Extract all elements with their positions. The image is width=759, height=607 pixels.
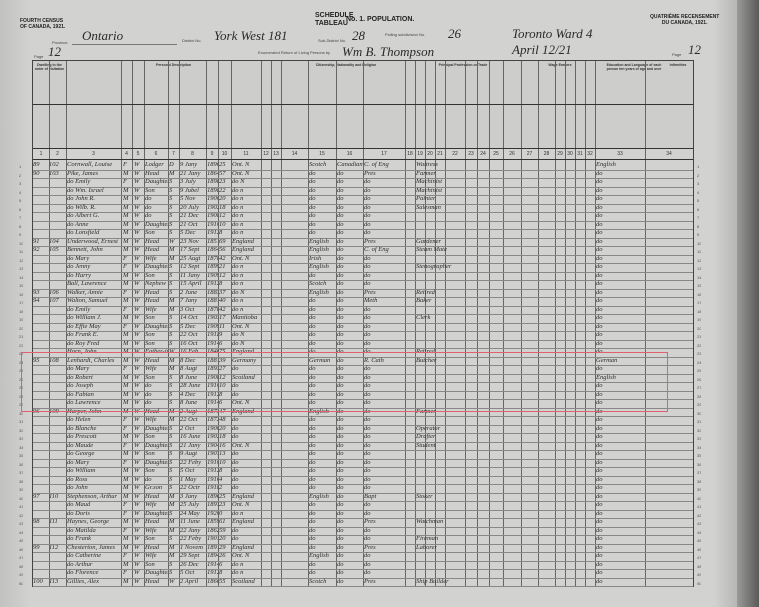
cell-nat: do (309, 442, 336, 451)
column-number: 18 (405, 151, 415, 157)
cell-relig: do (364, 476, 404, 485)
cell-rel: Head (145, 493, 168, 502)
cell-col: W (134, 263, 143, 272)
cell-lang: do (596, 561, 644, 570)
cell-bp: do (232, 416, 261, 425)
cell-sex: F (123, 501, 132, 510)
cell-bp: do N (232, 289, 261, 298)
cell-relig: do (364, 195, 404, 204)
cell-sex: F (123, 306, 132, 315)
cell-col: W (134, 425, 143, 434)
cell-birth: 16 June (180, 433, 206, 442)
cell-age: 20 (219, 195, 231, 204)
cell-sex: M (123, 340, 132, 349)
cell-rel: Son (145, 187, 168, 196)
cell-fam: 110 (49, 493, 66, 502)
cell-nat: Scotch (309, 280, 336, 289)
cell-nat: do (309, 221, 336, 230)
cell-yr: 1900 (207, 195, 218, 204)
cell-yr: 1909 (207, 272, 218, 281)
cell-age: 11 (219, 323, 231, 332)
table-row: 290103Pike, JamesMWHeadM21 Jany186457Ont… (33, 170, 693, 179)
cell-name: do Emily (67, 306, 121, 315)
cell-rel: Daughter (145, 569, 168, 578)
cell-rel: Wife (145, 552, 168, 561)
column-number: 20 (425, 151, 435, 157)
table-row: 31do HelenFWWifeM22 Oct187248dododododo3… (33, 416, 693, 425)
cell-lang: do (596, 246, 644, 255)
cell-relig: do (364, 340, 404, 349)
cell-natl: do (337, 306, 363, 315)
cell-lang: do (596, 187, 644, 196)
cell-col: W (134, 306, 143, 315)
column-number: 28 (538, 151, 555, 157)
cell-relig: do (364, 229, 404, 238)
cell-natl: do (337, 263, 363, 272)
cell-bp: Ont. N (232, 552, 261, 561)
header-divider (33, 104, 693, 105)
cell-rel: Gr.son (145, 484, 168, 493)
cell-natl: do (337, 170, 363, 179)
cell-age: 18 (219, 433, 231, 442)
cell-ms: M (169, 544, 179, 553)
cell-trade: Painter (416, 195, 466, 204)
column-number: 24 (477, 151, 489, 157)
table-row: 8do AnneMWDaughterS21 Oct191010do ndodod… (33, 221, 693, 230)
column-number: 34 (645, 151, 693, 157)
cell-yr: 1872 (207, 416, 218, 425)
cell-natl: do (337, 493, 363, 502)
cell-dw: 90 (33, 170, 49, 179)
cell-nat: do (309, 561, 336, 570)
polling-value: 26 (448, 26, 461, 42)
cell-nat: do (309, 297, 336, 306)
title-line: OF CANADA, 1921. (20, 24, 65, 30)
cell-rel: Daughter (145, 178, 168, 187)
cell-relig: do (364, 561, 404, 570)
cell-natl: do (337, 501, 363, 510)
cell-name: do Florence (67, 569, 121, 578)
cell-natl: do (337, 229, 363, 238)
province-underline (72, 44, 177, 45)
cell-bp: do n (232, 306, 261, 315)
cell-relig: do (364, 442, 404, 451)
cell-col: W (134, 459, 143, 468)
cell-sex: M (123, 187, 132, 196)
table-row: 33do PrescottMWSonS16 June190218dodododo… (33, 433, 693, 442)
cell-name: do Emily (67, 178, 121, 187)
cell-yr: 1864 (207, 170, 218, 179)
cell-age: 8 (219, 569, 231, 578)
cell-bp: do n (232, 569, 261, 578)
cell-nat: do (309, 569, 336, 578)
cell-ms: S (169, 425, 179, 434)
cell-col: W (134, 178, 143, 187)
cell-birth: 22 Octr (180, 484, 206, 493)
cell-ms: M (169, 501, 179, 510)
cell-name: do Lonsfield (67, 229, 121, 238)
cell-birth: 29 Sept (180, 552, 206, 561)
cell-name: Cornwall, Louise (67, 161, 121, 170)
page-label-right: Page (672, 52, 681, 57)
cell-birth: 25 July (180, 501, 206, 510)
cell-birth: 22 Jany (180, 527, 206, 536)
cell-sex: M (123, 229, 132, 238)
line-number-right: 50 (697, 578, 701, 589)
cell-natl: do (337, 561, 363, 570)
column-number: 2 (49, 151, 66, 157)
cell-name: do Harry (67, 272, 121, 281)
cell-trade: Fireman (416, 535, 466, 544)
cell-lang: do (596, 331, 644, 340)
cell-birth: 20 July (180, 204, 206, 213)
cell-ms: S (169, 535, 179, 544)
cell-age: 10 (219, 459, 231, 468)
column-number: 7 (168, 151, 179, 157)
cell-ms: S (169, 569, 179, 578)
cell-nat: English (309, 246, 336, 255)
cell-name: do Matilda (67, 527, 121, 536)
cell-lang: English (596, 161, 644, 170)
cell-lang: do (596, 416, 644, 425)
cell-ms: M (169, 518, 179, 527)
cell-name: do Roy Fred (67, 340, 121, 349)
cell-rel: Son (145, 467, 168, 476)
table-row: 12do MaryFWWifeM25 Augt187842Ont. NIrish… (33, 255, 693, 264)
column-number: 6 (144, 151, 168, 157)
cell-ms: S (169, 459, 179, 468)
cell-age: 42 (219, 255, 231, 264)
cell-sex: M (123, 535, 132, 544)
cell-fam: 106 (49, 289, 66, 298)
column-number: 3 (66, 151, 121, 157)
cell-name: do Frank E. (67, 331, 121, 340)
cell-natl: do (337, 510, 363, 519)
cell-birth: 23 Nov (180, 238, 206, 247)
cell-name: do George (67, 450, 121, 459)
highlighted-household-box (21, 352, 668, 412)
cell-sex: F (123, 459, 132, 468)
cell-relig: do (364, 212, 404, 221)
cell-birth: 5 Oct (180, 569, 206, 578)
cell-yr: 1864 (207, 246, 218, 255)
cell-bp: do n (232, 229, 261, 238)
cell-yr: 1859 (207, 518, 218, 527)
cell-col: W (134, 340, 143, 349)
table-row: 35do GeorgeMWSonS9 Augt190713dododododo3… (33, 450, 693, 459)
cell-relig: C. of Eng (364, 246, 404, 255)
table-row: 5do John R.MWdoS5 Nov190020do ndododoPai… (33, 195, 693, 204)
column-number: 31 (575, 151, 585, 157)
cell-age: 22 (219, 187, 231, 196)
cell-age: 56 (219, 246, 231, 255)
cell-sex: M (123, 476, 132, 485)
cell-bp: do N (232, 331, 261, 340)
cell-rel: Daughter (145, 510, 168, 519)
cell-trade: Student (416, 442, 466, 451)
cell-ms: S (169, 195, 179, 204)
cell-rel: do (145, 476, 168, 485)
cell-name: do Wm. Israel (67, 187, 121, 196)
cell-col: W (134, 493, 143, 502)
cell-birth: 2 Oct (180, 425, 206, 434)
cell-birth: 24 May (180, 510, 206, 519)
cell-dw: 92 (33, 246, 49, 255)
cell-name: do Helen (67, 416, 121, 425)
cell-col: W (134, 450, 143, 459)
cell-fam: 113 (49, 578, 66, 587)
cell-bp: do n (232, 204, 261, 213)
cell-lang: do (596, 272, 644, 281)
cell-lang: do (596, 510, 644, 519)
cell-lang: do (596, 552, 644, 561)
cell-natl: do (337, 578, 363, 587)
cell-natl: do (337, 246, 363, 255)
cell-relig: do (364, 501, 404, 510)
cell-lang: do (596, 467, 644, 476)
cell-name: Gillies, Alex (67, 578, 121, 587)
cell-trade: Retired (416, 289, 466, 298)
cell-relig: Pres (364, 170, 404, 179)
subdistrict-label: Sub-District No. (318, 38, 346, 43)
cell-ms: S (169, 272, 179, 281)
cell-nat: do (309, 425, 336, 434)
cell-yr: 1901 (207, 535, 218, 544)
cell-sex: F (123, 255, 132, 264)
cell-ms: S (169, 331, 179, 340)
cell-rel: Son (145, 272, 168, 281)
cell-relig: do (364, 314, 404, 323)
cell-bp: do n (232, 187, 261, 196)
cell-relig: do (364, 484, 404, 493)
table-row: 20do Effie MayFWDaughterS5 Dec190911Ont.… (33, 323, 693, 332)
cell-yr: 1916 (207, 476, 218, 485)
cell-trade: Laborer (416, 544, 466, 553)
cell-nat: do (309, 535, 336, 544)
cell-ms: W (169, 238, 179, 247)
group-header-education: Education and Language of each person te… (605, 63, 663, 71)
cell-nat: do (309, 459, 336, 468)
cell-bp: do (232, 459, 261, 468)
cell-rel: Head (145, 289, 168, 298)
cell-col: W (134, 476, 143, 485)
cell-sex: M (123, 467, 132, 476)
cell-sex: M (123, 331, 132, 340)
cell-name: do Effie May (67, 323, 121, 332)
table-row: 7do Albert G.MWdoS21 Dec190812do ndododo… (33, 212, 693, 221)
cell-ms: S (169, 561, 179, 570)
cell-lang: do (596, 518, 644, 527)
cell-ms: S (169, 187, 179, 196)
cell-ms: S (169, 510, 179, 519)
cell-natl: do (337, 331, 363, 340)
cell-relig: do (364, 280, 404, 289)
cell-bp: Ont. N (232, 323, 261, 332)
cell-natl: do (337, 527, 363, 536)
cell-sex: F (123, 569, 132, 578)
cell-yr: 1911 (207, 331, 218, 340)
cell-col: W (134, 255, 143, 264)
cell-natl: do (337, 323, 363, 332)
cell-yr: 1878 (207, 255, 218, 264)
cell-bp: England (232, 493, 261, 502)
cell-ms: S (169, 467, 179, 476)
cell-sex: F (123, 178, 132, 187)
cell-nat: do (309, 306, 336, 315)
cell-birth: 1 Novem (180, 544, 206, 553)
cell-bp: do (232, 484, 261, 493)
cell-ms: M (169, 246, 179, 255)
cell-sex: M (123, 246, 132, 255)
cell-trade: Operator (416, 425, 466, 434)
header-divider (33, 148, 693, 149)
cell-ms: S (169, 484, 179, 493)
cell-sex: M (123, 493, 132, 502)
cell-birth: 9 Augt (180, 450, 206, 459)
table-row: 45do FrankMWSonS22 Feby190120dodododoFir… (33, 535, 693, 544)
cell-relig: Pres (364, 238, 404, 247)
cell-rel: Son (145, 331, 168, 340)
cell-rel: Daughter (145, 221, 168, 230)
column-number: 12 (261, 151, 271, 157)
cell-age: 23 (219, 501, 231, 510)
cell-sex: F (123, 527, 132, 536)
column-number: 26 (503, 151, 521, 157)
cell-relig: do (364, 459, 404, 468)
cell-sex: F (123, 552, 132, 561)
cell-natl: do (337, 476, 363, 485)
cell-name: do Mary (67, 459, 121, 468)
cell-rel: do (145, 195, 168, 204)
cell-sex: M (123, 280, 132, 289)
cell-yr: 1896 (207, 493, 218, 502)
table-row: 4398111Haynes, GeorgeMWHeadM11 June18596… (33, 518, 693, 527)
cell-rel: Wife (145, 306, 168, 315)
cell-age: 20 (219, 425, 231, 434)
cell-yr: 1912 (207, 467, 218, 476)
cell-name: do John R. (67, 195, 121, 204)
cell-natl: do (337, 552, 363, 561)
cell-age: 21 (219, 263, 231, 272)
cell-natl: do (337, 195, 363, 204)
cell-col: W (134, 212, 143, 221)
cell-natl: do (337, 297, 363, 306)
cell-col: W (134, 433, 143, 442)
table-row: 9do LonsfieldMWSonS5 Dec19128do ndododod… (33, 229, 693, 238)
cell-name: do Arthur (67, 561, 121, 570)
cell-col: W (134, 484, 143, 493)
cell-yr: 1912 (207, 229, 218, 238)
cell-bp: do (232, 425, 261, 434)
cell-age: 0 (219, 510, 231, 519)
cell-name: Haynes, George (67, 518, 121, 527)
cell-age: 57 (219, 170, 231, 179)
cell-lang: do (596, 314, 644, 323)
cell-birth: 2 June (180, 289, 206, 298)
cell-birth: 5 Dec (180, 229, 206, 238)
cell-col: W (134, 297, 143, 306)
cell-sex: F (123, 161, 132, 170)
cell-bp: do (232, 450, 261, 459)
cell-nat: do (309, 178, 336, 187)
table-row: 42do DorisFWDaughterS24 May19200do ndodo… (33, 510, 693, 519)
cell-yr: 1912 (207, 569, 218, 578)
cell-natl: do (337, 569, 363, 578)
cell-birth: 22 Feby (180, 535, 206, 544)
cell-age: 10 (219, 221, 231, 230)
cell-natl: do (337, 433, 363, 442)
cell-lang: do (596, 340, 644, 349)
cell-lang: do (596, 493, 644, 502)
table-row: 48do ArthurMWSonS26 Dec19146do ndodododo… (33, 561, 693, 570)
cell-age: 8 (219, 467, 231, 476)
cell-lang: do (596, 535, 644, 544)
cell-trade: Watchman (416, 518, 466, 527)
cell-rel: Daughter (145, 263, 168, 272)
cell-ms: S (169, 340, 179, 349)
census-table: Dwelling in the order of visitation Pers… (32, 60, 694, 587)
cell-trade: Farmer (416, 170, 466, 179)
cell-lang: do (596, 476, 644, 485)
table-row: 44do MatildaFWWifeM22 Jany186259dodododo… (33, 527, 693, 536)
cell-bp: do N (232, 340, 261, 349)
cell-bp: Ont. N (232, 442, 261, 451)
cell-natl: do (337, 416, 363, 425)
cell-sex: M (123, 518, 132, 527)
cell-lang: do (596, 263, 644, 272)
cell-dw: 93 (33, 289, 49, 298)
cell-dw: 91 (33, 238, 49, 247)
cell-name: do William (67, 467, 121, 476)
table-row: 4699112Chesterton, JamesMWHeadM1 Novem18… (33, 544, 693, 553)
cell-relig: Meth (364, 297, 404, 306)
cell-relig: do (364, 450, 404, 459)
table-row: 38do RossMWdoS1 May19164dododododo38 (33, 476, 693, 485)
cell-natl: do (337, 314, 363, 323)
cell-birth: 7 Jany (180, 297, 206, 306)
column-number: 17 (363, 151, 405, 157)
cell-yr: 1902 (207, 204, 218, 213)
cell-lang: do (596, 289, 644, 298)
cell-relig: Pres (364, 289, 404, 298)
census-sheet: FOURTH CENSUS OF CANADA, 1921. SCHEDULE … (0, 0, 759, 607)
cell-sex: M (123, 450, 132, 459)
cell-name: Walker, Annie (67, 289, 121, 298)
column-number: 11 (231, 151, 261, 157)
table-row: 6do Wilb. R.MWdoS20 July190218do ndododo… (33, 204, 693, 213)
cell-age: 42 (219, 306, 231, 315)
subdistrict-value: 28 (352, 28, 365, 44)
cell-ms: S (169, 221, 179, 230)
date-value: April 12/21 (512, 42, 572, 58)
cell-nat: do (309, 187, 336, 196)
cell-ms: S (169, 442, 179, 451)
cell-rel: do (145, 204, 168, 213)
cell-yr: 1914 (207, 340, 218, 349)
cell-name: do Blanche (67, 425, 121, 434)
cell-name: Chesterton, James (67, 544, 121, 553)
cell-fam: 105 (49, 246, 66, 255)
cell-relig: Pres (364, 544, 404, 553)
cell-name: do Ross (67, 476, 121, 485)
cell-sex: F (123, 510, 132, 519)
cell-natl: do (337, 467, 363, 476)
cell-age: 25 (219, 161, 231, 170)
cell-ms: S (169, 433, 179, 442)
cell-ms: S (169, 204, 179, 213)
cell-nat: do (309, 331, 336, 340)
cell-dw: 98 (33, 518, 49, 527)
